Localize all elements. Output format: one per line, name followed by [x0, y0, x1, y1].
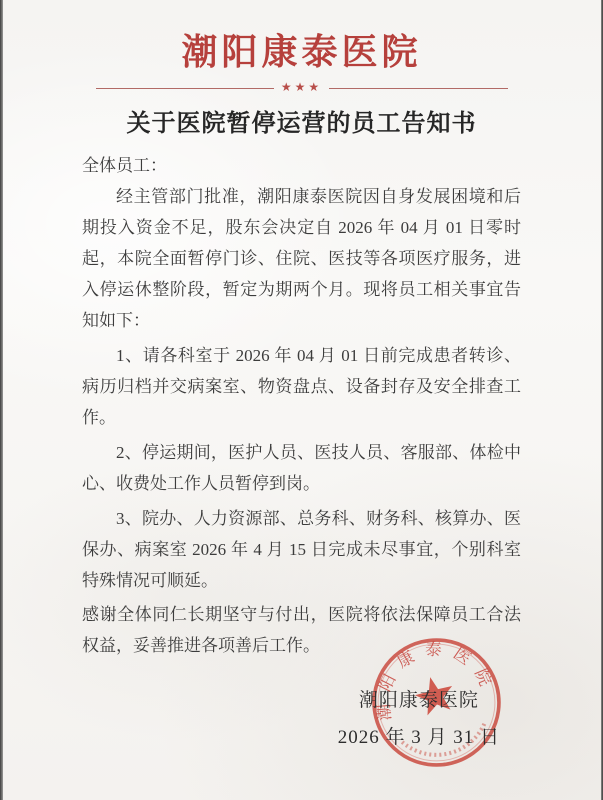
- letterhead-block: 潮阳康泰医院 ★★★ 关于医院暂停运营的员工告知书: [0, 31, 603, 139]
- paper-edge-left: [0, 0, 3, 800]
- letterhead-divider: ★★★: [96, 82, 508, 94]
- signature-block: 潮阳康泰医院 2026 年 3 月 31 日: [338, 682, 500, 756]
- divider-rule-left: [96, 88, 274, 89]
- signature-org: 潮阳康泰医院: [338, 682, 500, 719]
- notice-document-photo: 潮阳康泰医院 ★★★ 关于医院暂停运营的员工告知书 全体员工： 经主管部门批准，…: [0, 0, 603, 800]
- signature-date: 2026 年 3 月 31 日: [338, 719, 500, 756]
- hospital-letterhead: 潮阳康泰医院: [0, 31, 603, 74]
- notice-item-2: 2、停运期间，医护人员、医技人员、客服部、体检中心、收费处工作人员暂停到岗。: [82, 437, 521, 499]
- divider-rule-right: [329, 88, 507, 89]
- notice-item-1: 1、请各科室于 2026 年 04 月 01 日前完成患者转诊、病历归档并交病案…: [82, 340, 521, 433]
- notice-title: 关于医院暂停运营的员工告知书: [0, 110, 603, 139]
- salutation: 全体员工：: [82, 150, 521, 181]
- intro-paragraph: 经主管部门批准，潮阳康泰医院因自身发展困境和后期投入资金不足，股东会决定自 20…: [82, 181, 521, 336]
- notice-item-3: 3、院办、人力资源部、总务科、财务科、核算办、医保办、病案室 2026 年 4 …: [82, 503, 521, 596]
- stars-ornament-icon: ★★★: [281, 81, 322, 93]
- notice-body: 全体员工： 经主管部门批准，潮阳康泰医院因自身发展困境和后期投入资金不足，股东会…: [82, 150, 521, 661]
